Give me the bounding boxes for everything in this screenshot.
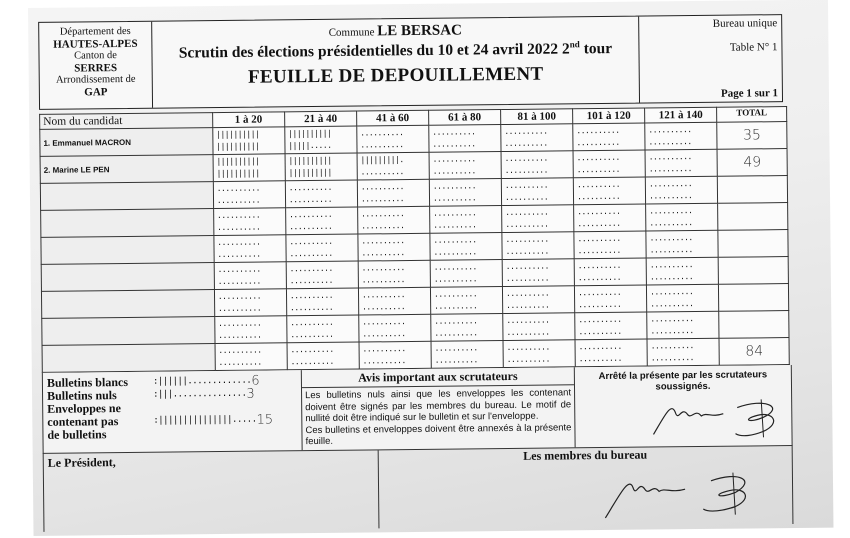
tally-line: .......... bbox=[504, 125, 569, 138]
tally-line: .......... bbox=[435, 354, 500, 367]
tally-cell: .................... bbox=[575, 312, 647, 340]
tally-line: .......... bbox=[506, 299, 571, 312]
tally-line: .......... bbox=[649, 178, 714, 191]
tally-line: .......... bbox=[217, 194, 282, 207]
candidate-name: 1. Emmanuel MACRON bbox=[40, 128, 213, 157]
tally-cell: .................... bbox=[646, 230, 718, 258]
tally-line: .......... bbox=[505, 152, 570, 165]
tally-line: .......... bbox=[578, 272, 643, 285]
tally-line: .......... bbox=[217, 248, 282, 261]
tally-line: .......... bbox=[505, 206, 570, 219]
tally-cell: .................... bbox=[285, 207, 357, 235]
membres-box: Les membres du bureau bbox=[379, 446, 793, 528]
tally-line: |||||||||| bbox=[216, 128, 281, 141]
tally-cell: .................... bbox=[647, 338, 719, 366]
tally-cell: .................... bbox=[357, 125, 429, 153]
tally-line: .......... bbox=[434, 327, 499, 340]
tally-line: .......... bbox=[577, 152, 642, 165]
col-header-21-40: 21 à 40 bbox=[284, 111, 356, 127]
tally-line: .......... bbox=[506, 314, 571, 327]
enveloppes-tally: :|||||||||||||||..... bbox=[153, 414, 256, 428]
col-header-121-140: 121 à 140 bbox=[645, 107, 717, 123]
col-header-total: TOTAL bbox=[717, 107, 787, 123]
tally-line: .......... bbox=[217, 209, 282, 222]
tally-line: .......... bbox=[650, 325, 715, 338]
tally-line: .......... bbox=[506, 260, 571, 273]
tally-cell: .................... bbox=[645, 176, 717, 204]
tally-cell: .................... bbox=[574, 258, 646, 286]
tally-cell: .................... bbox=[645, 149, 717, 177]
candidate-name bbox=[42, 344, 215, 373]
tally-cell: |||||||||||||||||||| bbox=[213, 127, 285, 155]
tally-cell: .................... bbox=[358, 287, 430, 315]
tally-line: .......... bbox=[434, 342, 499, 355]
candidate-name bbox=[41, 263, 214, 292]
tally-line: .......... bbox=[362, 274, 427, 287]
tally-cell: .................... bbox=[574, 285, 646, 313]
bulletins-summary: Bulletins blancs :||||||............. 6 … bbox=[43, 370, 302, 452]
tally-cell: .................... bbox=[647, 311, 719, 339]
membres-label: Les membres du bureau bbox=[523, 447, 647, 462]
enveloppes-value: 15 bbox=[257, 413, 274, 426]
tally-line: .......... bbox=[578, 299, 643, 312]
tally-line: .......... bbox=[362, 289, 427, 302]
tally-line: |||||||||| bbox=[216, 155, 281, 168]
tally-line: .......... bbox=[218, 317, 283, 330]
tally-cell: .................... bbox=[573, 123, 645, 151]
tally-line: .......... bbox=[291, 356, 356, 369]
commune-name: LE BERSAC bbox=[377, 22, 462, 39]
commune-label: Commune bbox=[329, 26, 375, 38]
tally-line: .......... bbox=[289, 221, 354, 234]
scrutin-tail: tour bbox=[580, 40, 612, 57]
tally-cell: .................... bbox=[430, 233, 502, 261]
tally-line: .......... bbox=[433, 234, 498, 247]
candidate-total bbox=[718, 257, 788, 285]
tally-line: .......... bbox=[362, 328, 427, 341]
col-header-41-60: 41 à 60 bbox=[357, 110, 429, 126]
tally-line: .......... bbox=[578, 260, 643, 273]
tally-cell: .................... bbox=[430, 260, 502, 288]
candidate-total: 49 bbox=[717, 149, 787, 177]
enveloppes-label-3: de bulletins bbox=[47, 426, 301, 442]
tally-line: .......... bbox=[361, 235, 426, 248]
avis-text-1: Les bulletins nuls ainsi que les envelop… bbox=[305, 387, 571, 424]
tally-line: .......... bbox=[505, 191, 570, 204]
sheet-header: Département des HAUTES-ALPES Canton de S… bbox=[38, 14, 783, 110]
arrondissement-label: Arrondissement de bbox=[40, 74, 152, 87]
tally-line: .......... bbox=[360, 139, 425, 152]
tally-line: .......... bbox=[290, 263, 355, 276]
tally-cell: .................... bbox=[573, 150, 645, 178]
tally-line: .......... bbox=[650, 313, 715, 326]
tally-line: .......... bbox=[649, 217, 714, 230]
tally-line: .......... bbox=[290, 290, 355, 303]
tally-cell: .................... bbox=[503, 313, 575, 341]
bureau-label: Bureau unique bbox=[639, 17, 777, 30]
tally-line: .......... bbox=[579, 341, 644, 354]
tally-line: .......... bbox=[506, 272, 571, 285]
candidate-total: 84 bbox=[719, 338, 789, 366]
tally-line: .......... bbox=[505, 233, 570, 246]
nuls-value: 3 bbox=[246, 388, 254, 401]
tally-line: .......... bbox=[505, 179, 570, 192]
tally-line: .......... bbox=[649, 232, 714, 245]
tally-cell: .................... bbox=[358, 260, 430, 288]
tally-line: .......... bbox=[361, 181, 426, 194]
tally-line: .......... bbox=[433, 207, 498, 220]
tally-line: .......... bbox=[218, 329, 283, 342]
tally-cell: .................... bbox=[429, 179, 501, 207]
page-number: Page 1 sur 1 bbox=[721, 87, 778, 100]
tally-line: .......... bbox=[432, 138, 497, 151]
tally-line: .......... bbox=[361, 220, 426, 233]
arrete-text: Arrêté la présente par les scrutateurs s… bbox=[575, 369, 791, 393]
col-header-81-100: 81 à 100 bbox=[501, 109, 573, 125]
tally-cell: |||||||||||||||||||| bbox=[213, 154, 285, 182]
tally-cell: .................... bbox=[286, 288, 358, 316]
tally-line: .......... bbox=[433, 180, 498, 193]
tally-line: .......... bbox=[218, 263, 283, 276]
tally-cell: .................... bbox=[214, 235, 286, 263]
col-header-1-20: 1 à 20 bbox=[212, 112, 284, 128]
tally-cell: .................... bbox=[287, 315, 359, 343]
tally-line: .......... bbox=[433, 165, 498, 178]
tally-line: .......... bbox=[218, 344, 283, 357]
tally-cell: .................... bbox=[215, 343, 287, 371]
tally-cell: .................... bbox=[503, 340, 575, 368]
tally-cell: .................... bbox=[575, 339, 647, 367]
tally-cell: .................... bbox=[358, 206, 430, 234]
candidate-name bbox=[40, 182, 213, 211]
tally-cell: .................... bbox=[646, 257, 718, 285]
avis-text-2: Ces bulletins et enveloppes doivent être… bbox=[305, 422, 571, 448]
tally-line: .......... bbox=[290, 329, 355, 342]
tally-line: .......... bbox=[362, 301, 427, 314]
tally-line: .......... bbox=[577, 218, 642, 231]
tally-cell: .................... bbox=[430, 287, 502, 315]
tally-line: .......... bbox=[361, 247, 426, 260]
tally-line: .......... bbox=[651, 340, 716, 353]
tally-line: .......... bbox=[361, 208, 426, 221]
tally-line: .......... bbox=[505, 218, 570, 231]
table-number: Table N° 1 bbox=[639, 41, 777, 54]
candidate-total bbox=[719, 311, 789, 339]
tally-line: .......... bbox=[650, 259, 715, 272]
tally-line: .......... bbox=[290, 344, 355, 357]
candidate-name bbox=[41, 290, 214, 319]
tally-line: .......... bbox=[578, 314, 643, 327]
candidate-name bbox=[41, 236, 214, 265]
tally-cell: .................... bbox=[214, 289, 286, 317]
tally-line: .......... bbox=[361, 193, 426, 206]
tally-cell: |||||||||||||||||||| bbox=[285, 153, 357, 181]
scrutin-sup: nd bbox=[570, 39, 580, 49]
tally-line: |||||..... bbox=[288, 140, 353, 153]
tally-cell: .................... bbox=[574, 204, 646, 232]
tally-line: .......... bbox=[506, 326, 571, 339]
candidate-total bbox=[719, 284, 789, 312]
tally-cell: |||||||||||||||..... bbox=[285, 126, 357, 154]
tally-cell: .................... bbox=[213, 181, 285, 209]
tally-line: .......... bbox=[506, 245, 571, 258]
president-label: Le Président, bbox=[48, 455, 116, 470]
tally-line: |||||||||| bbox=[216, 167, 281, 180]
tally-line: .......... bbox=[290, 317, 355, 330]
tally-cell: .................... bbox=[429, 125, 501, 153]
tally-line: .......... bbox=[504, 137, 569, 150]
candidate-total bbox=[717, 176, 787, 204]
tally-line: .......... bbox=[651, 352, 716, 365]
tally-line: .......... bbox=[505, 164, 570, 177]
tally-line: .......... bbox=[434, 261, 499, 274]
tally-line: .......... bbox=[433, 153, 498, 166]
blancs-tally: :||||||............. bbox=[153, 375, 252, 389]
tally-line: .......... bbox=[289, 209, 354, 222]
tally-cell: .................... bbox=[285, 180, 357, 208]
tally-line: .......... bbox=[649, 163, 714, 176]
tally-line: .......... bbox=[506, 287, 571, 300]
tally-line: .......... bbox=[578, 287, 643, 300]
tally-line: .......... bbox=[289, 248, 354, 261]
tally-line: .......... bbox=[434, 300, 499, 313]
tally-line: .......... bbox=[650, 271, 715, 284]
tally-line: |||||||||| bbox=[288, 155, 353, 168]
tally-cell: .................... bbox=[286, 234, 358, 262]
tally-line: .......... bbox=[433, 219, 498, 232]
arrete-box: Arrêté la présente par les scrutateurs s… bbox=[575, 365, 792, 447]
tally-line: .......... bbox=[289, 236, 354, 249]
tally-line: .......... bbox=[649, 190, 714, 203]
tally-line: .......... bbox=[576, 137, 641, 150]
bottom-section: Bulletins blancs :||||||............. 6 … bbox=[42, 365, 793, 453]
arrondissement-value: GAP bbox=[40, 86, 152, 99]
tally-cell: |||||||||........... bbox=[357, 152, 429, 180]
tally-cell: .................... bbox=[286, 261, 358, 289]
tally-line: .......... bbox=[648, 124, 713, 137]
page-title: FEUILLE DE DEPOUILLEMENT bbox=[153, 63, 639, 90]
tally-line: .......... bbox=[650, 244, 715, 257]
tally-line: .......... bbox=[433, 192, 498, 205]
candidate-total: 35 bbox=[717, 122, 787, 150]
tally-cell: .................... bbox=[359, 314, 431, 342]
tally-line: .......... bbox=[650, 298, 715, 311]
ballot-count-sheet: Département des HAUTES-ALPES Canton de S… bbox=[28, 0, 833, 536]
tally-cell: .................... bbox=[214, 262, 286, 290]
tally-line: .......... bbox=[218, 275, 283, 288]
tally-line: .......... bbox=[289, 194, 354, 207]
tally-cell: .................... bbox=[431, 341, 503, 369]
tally-cell: .................... bbox=[501, 178, 573, 206]
tally-line: .......... bbox=[649, 205, 714, 218]
tally-line: .......... bbox=[217, 182, 282, 195]
tally-cell: .................... bbox=[358, 233, 430, 261]
tally-line: .......... bbox=[577, 206, 642, 219]
tally-line: .......... bbox=[362, 343, 427, 356]
tally-cell: .................... bbox=[431, 314, 503, 342]
tally-line: .......... bbox=[576, 125, 641, 138]
nuls-tally: :|||............... bbox=[153, 388, 247, 402]
scrutin-line: Scrutin des élections présidentielles du… bbox=[152, 39, 638, 63]
tally-cell: .................... bbox=[501, 151, 573, 179]
candidate-total bbox=[718, 230, 788, 258]
tally-line: .......... bbox=[218, 356, 283, 369]
tally-line: .......... bbox=[578, 245, 643, 258]
tally-line: .......... bbox=[290, 302, 355, 315]
tally-line: .......... bbox=[507, 341, 572, 354]
footer-section: Le Président, Les membres du bureau bbox=[43, 446, 794, 532]
tally-line: .......... bbox=[434, 273, 499, 286]
tally-line: .......... bbox=[362, 316, 427, 329]
tally-line: .......... bbox=[577, 191, 642, 204]
candidate-name bbox=[41, 209, 214, 238]
tally-line: .......... bbox=[432, 126, 497, 139]
tally-cell: .................... bbox=[502, 205, 574, 233]
tally-line: |||||||||| bbox=[216, 140, 281, 153]
col-header-61-80: 61 à 80 bbox=[429, 110, 501, 126]
location-box: Département des HAUTES-ALPES Canton de S… bbox=[39, 22, 153, 109]
tally-line: .......... bbox=[507, 353, 572, 366]
candidate-total bbox=[718, 203, 788, 231]
tally-body: 1. Emmanuel MACRON||||||||||||||||||||||… bbox=[40, 122, 790, 373]
tally-line: .......... bbox=[577, 233, 642, 246]
tally-line: .......... bbox=[362, 262, 427, 275]
tally-line: |||||||||| bbox=[288, 128, 353, 141]
title-box: Commune LE BERSAC Scrutin des élections … bbox=[152, 17, 640, 108]
bureau-box: Bureau unique Table N° 1 Page 1 sur 1 bbox=[639, 15, 782, 102]
tally-cell: .................... bbox=[647, 284, 719, 312]
tally-line: |||||||||. bbox=[360, 154, 425, 167]
membres-signature-icon bbox=[599, 464, 770, 526]
avis-box: Avis important aux scrutateurs Les bulle… bbox=[301, 367, 576, 449]
tally-line: .......... bbox=[218, 302, 283, 315]
candidate-name bbox=[42, 317, 215, 346]
tally-line: .......... bbox=[361, 166, 426, 179]
tally-table: Nom du candidat 1 à 20 21 à 40 41 à 60 6… bbox=[39, 106, 790, 373]
departement-value: HAUTES-ALPES bbox=[39, 38, 151, 51]
tally-line: .......... bbox=[648, 136, 713, 149]
tally-cell: .................... bbox=[359, 341, 431, 369]
tally-line: .......... bbox=[217, 221, 282, 234]
tally-line: .......... bbox=[578, 326, 643, 339]
tally-cell: .................... bbox=[646, 203, 718, 231]
tally-line: .......... bbox=[218, 290, 283, 303]
tally-cell: .................... bbox=[501, 124, 573, 152]
tally-cell: .................... bbox=[429, 152, 501, 180]
col-header-101-120: 101 à 120 bbox=[573, 108, 645, 124]
tally-line: .......... bbox=[289, 182, 354, 195]
tally-cell: .................... bbox=[574, 231, 646, 259]
tally-line: .......... bbox=[217, 236, 282, 249]
tally-cell: .................... bbox=[213, 208, 285, 236]
tally-cell: .................... bbox=[287, 342, 359, 370]
president-box: Le Président, bbox=[44, 450, 380, 532]
tally-line: .......... bbox=[649, 151, 714, 164]
tally-cell: .................... bbox=[430, 206, 502, 234]
tally-cell: .................... bbox=[502, 259, 574, 287]
tally-line: |||||||||| bbox=[289, 167, 354, 180]
tally-line: .......... bbox=[577, 164, 642, 177]
avis-text: Les bulletins nuls ainsi que les envelop… bbox=[302, 385, 575, 449]
tally-line: .......... bbox=[433, 246, 498, 259]
tally-line: .......... bbox=[363, 355, 428, 368]
tally-line: .......... bbox=[434, 315, 499, 328]
tally-cell: .................... bbox=[357, 179, 429, 207]
tally-cell: .................... bbox=[215, 316, 287, 344]
tally-cell: .................... bbox=[502, 286, 574, 314]
candidate-name: 2. Marine LE PEN bbox=[40, 155, 213, 184]
tally-cell: .................... bbox=[573, 177, 645, 205]
tally-cell: .................... bbox=[502, 232, 574, 260]
tally-line: .......... bbox=[577, 179, 642, 192]
tally-line: .......... bbox=[650, 286, 715, 299]
tally-line: .......... bbox=[434, 288, 499, 301]
scrutin-text: Scrutin des élections présidentielles du… bbox=[179, 40, 570, 61]
tally-line: .......... bbox=[360, 127, 425, 140]
tally-line: .......... bbox=[579, 353, 644, 366]
tally-line: .......... bbox=[290, 275, 355, 288]
scrutateurs-signature-icon bbox=[645, 393, 795, 443]
tally-cell: .................... bbox=[645, 122, 717, 150]
